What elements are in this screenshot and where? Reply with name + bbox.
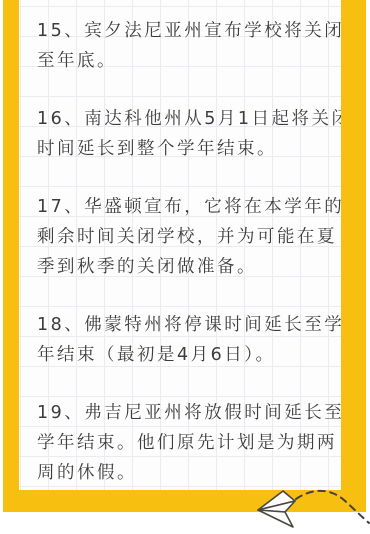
text-line: 剩余时间关闭学校，并为可能在夏: [37, 222, 335, 252]
infographic-card: 15、宾夕法尼亚州宣布学校将关闭至年底。16、南达科他州从5月1日起将关闭时间延…: [0, 0, 370, 534]
school-closure-list: 15、宾夕法尼亚州宣布学校将关闭至年底。16、南达科他州从5月1日起将关闭时间延…: [37, 16, 335, 488]
text-line: 17、华盛顿宣布，它将在本学年的: [37, 192, 335, 222]
text-line: 季到秋季的关闭做准备。: [37, 252, 335, 282]
text-line: 18、佛蒙特州将停课时间延长至学: [37, 310, 335, 340]
text-line: 16、南达科他州从5月1日起将关闭: [37, 104, 335, 134]
grid-content-area: 15、宾夕法尼亚州宣布学校将关闭至年底。16、南达科他州从5月1日起将关闭时间延…: [19, 0, 341, 490]
text-line: 学年结束。他们原先计划是为期两: [37, 428, 335, 458]
text-line: 周的休假。: [37, 458, 335, 488]
text-line: 至年底。: [37, 46, 335, 76]
text-line: 15、宾夕法尼亚州宣布学校将关闭: [37, 16, 335, 46]
list-item-15: 15、宾夕法尼亚州宣布学校将关闭至年底。: [37, 16, 335, 76]
list-item-18: 18、佛蒙特州将停课时间延长至学年结束（最初是4月6日）。: [37, 310, 335, 370]
dashed-trail-line: [294, 486, 370, 534]
yellow-frame: 15、宾夕法尼亚州宣布学校将关闭至年底。16、南达科他州从5月1日起将关闭时间延…: [3, 0, 366, 512]
text-line: 时间延长到整个学年结束。: [37, 134, 335, 164]
paper-plane-icon: [250, 486, 302, 532]
text-line: 年结束（最初是4月6日）。: [37, 340, 335, 370]
list-item-16: 16、南达科他州从5月1日起将关闭时间延长到整个学年结束。: [37, 104, 335, 164]
list-item-17: 17、华盛顿宣布，它将在本学年的剩余时间关闭学校，并为可能在夏季到秋季的关闭做准…: [37, 192, 335, 282]
list-item-19: 19、弗吉尼亚州将放假时间延长至学年结束。他们原先计划是为期两周的休假。: [37, 398, 335, 488]
text-line: 19、弗吉尼亚州将放假时间延长至: [37, 398, 335, 428]
